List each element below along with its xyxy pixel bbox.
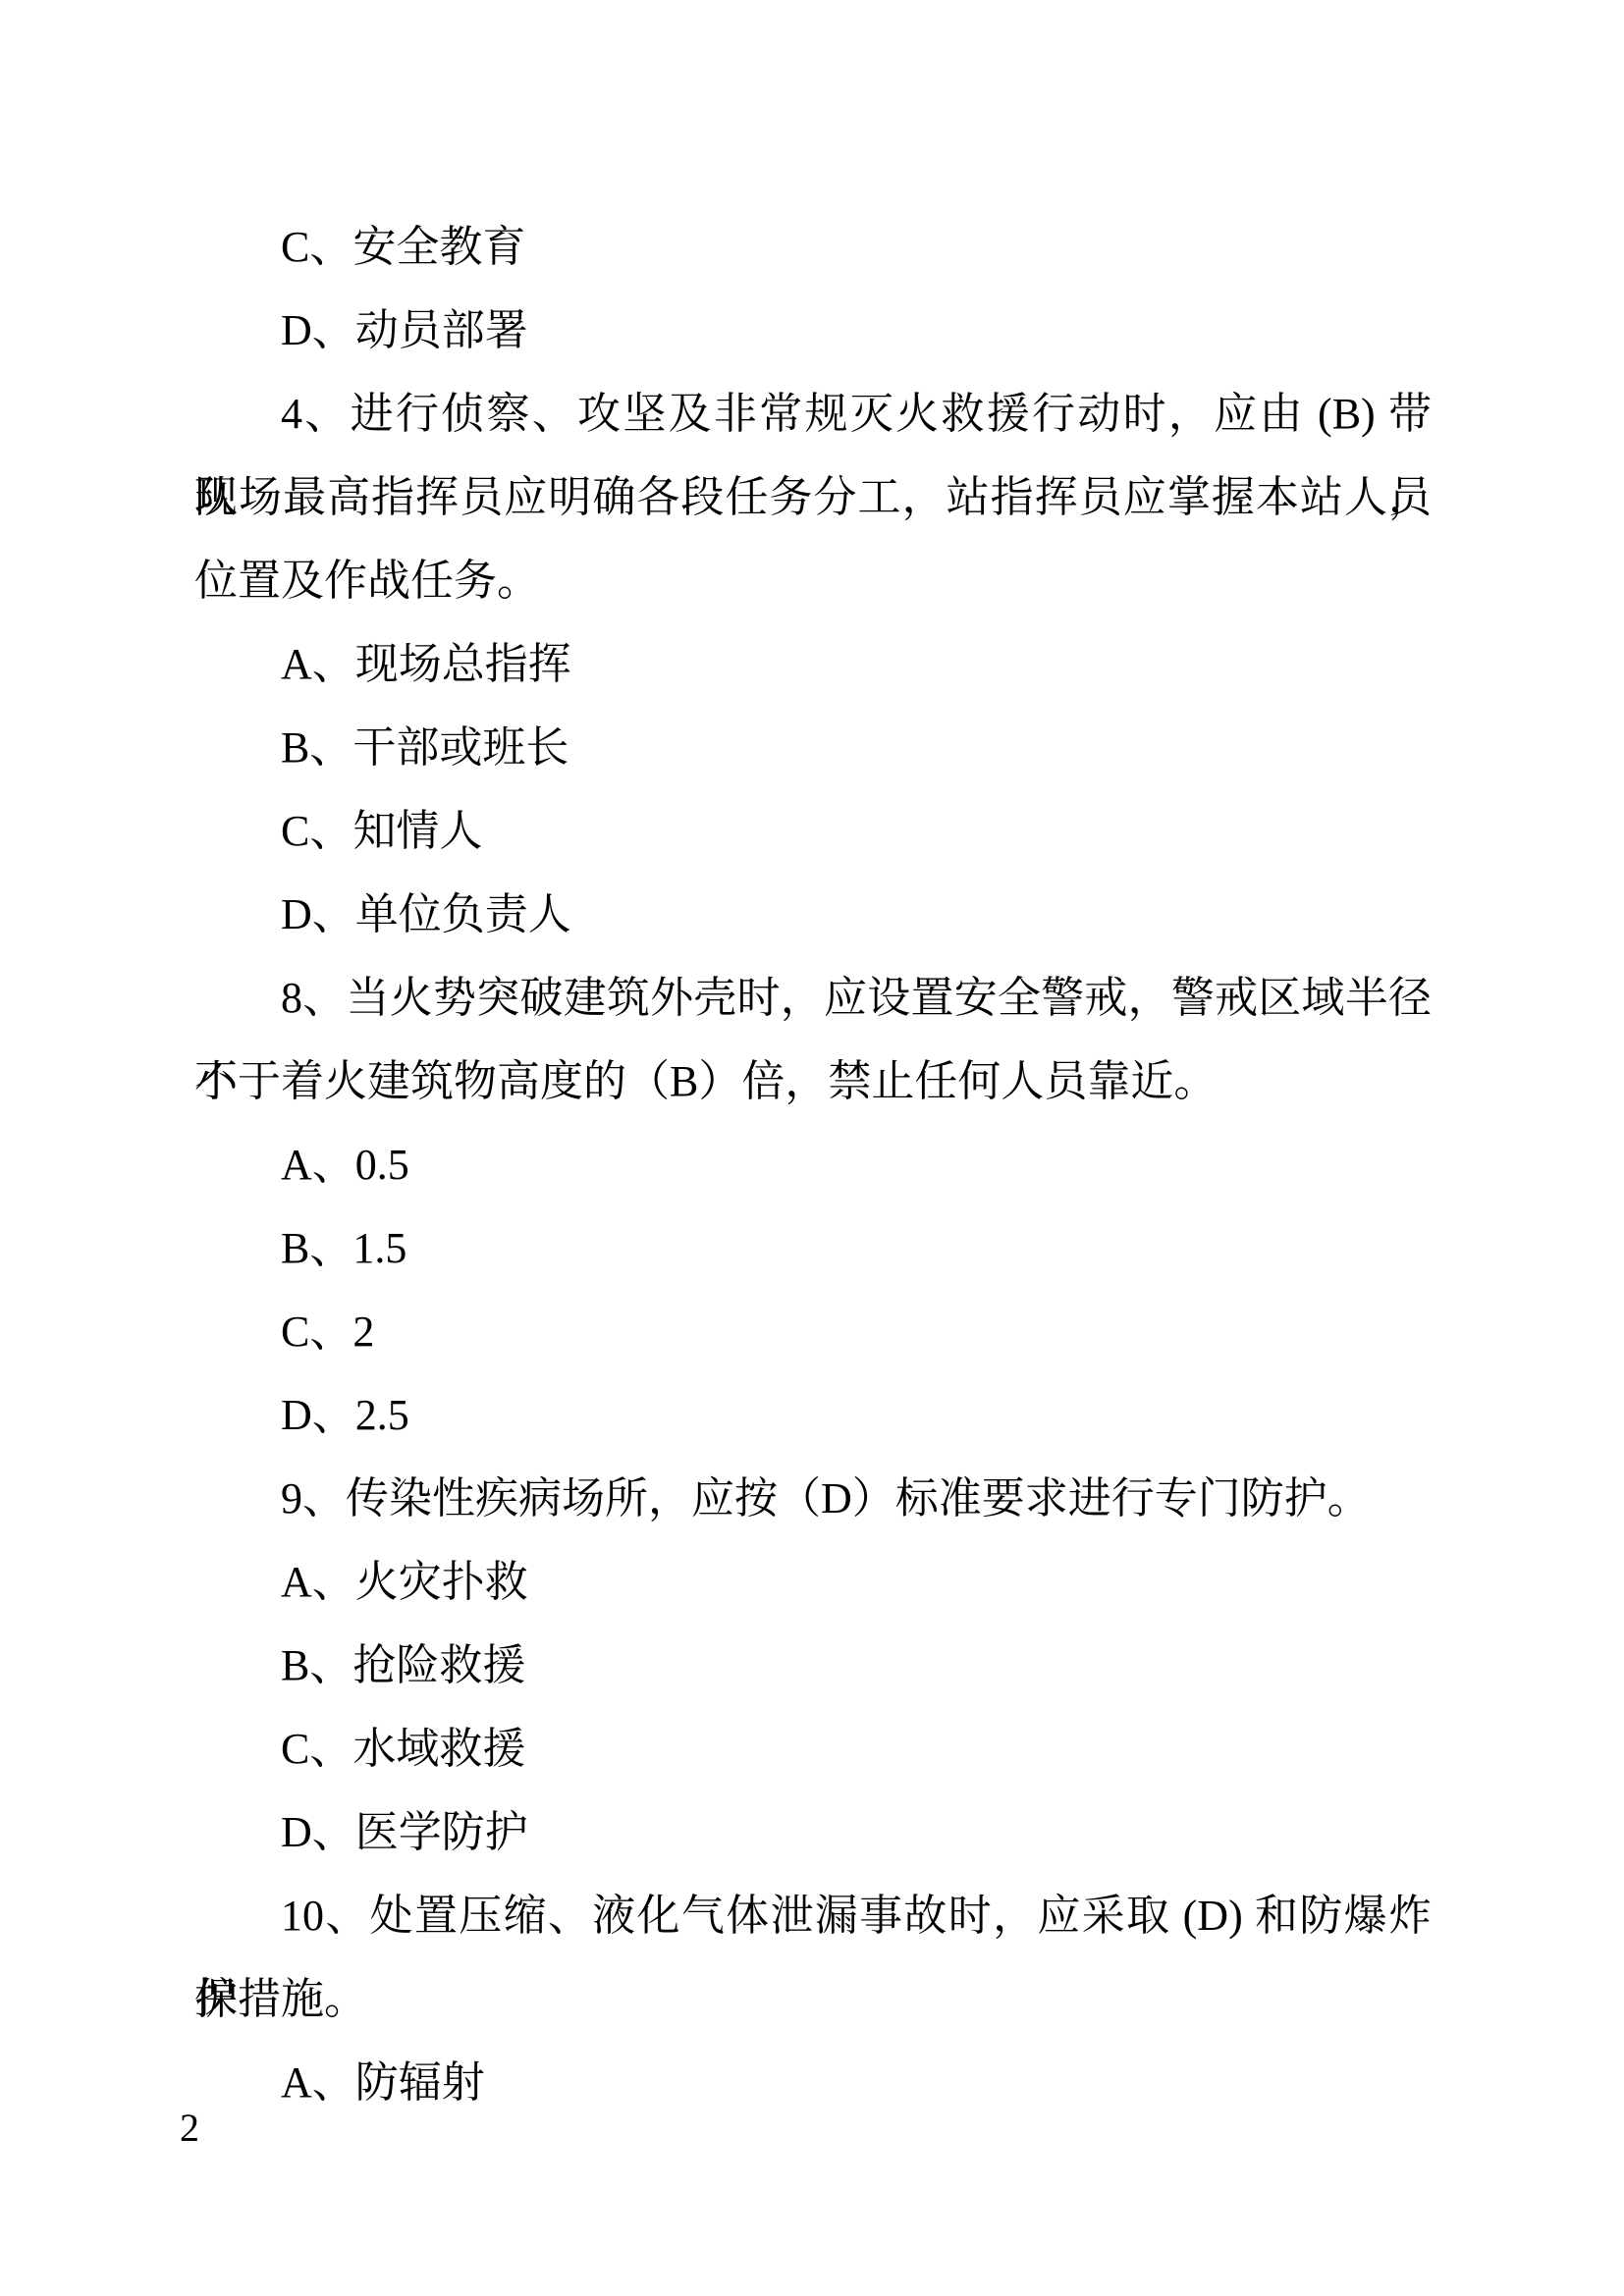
question-9-option-c-line-1: C、水域救援 <box>194 1707 1432 1790</box>
question-9-option-d-line-1: D、医学防护 <box>194 1790 1432 1874</box>
question-4-option-d-line-1: D、单位负责人 <box>194 873 1432 956</box>
question-4-line-2: 现场最高指挥员应明确各段任务分工，站指挥员应掌握本站人员 <box>194 455 1432 539</box>
question-9-option-b: B、抢险救援 <box>194 1624 1432 1707</box>
question-8-option-d-line-1: D、2.5 <box>194 1373 1432 1457</box>
question-8-option-b-line-1: B、1.5 <box>194 1206 1432 1290</box>
question-10-option-a: A、防辐射 <box>194 2041 1432 2124</box>
prev-question-option-c-line-1: C、安全教育 <box>194 205 1432 289</box>
document-page: C、安全教育D、动员部署4、进行侦察、攻坚及非常规灭火救援行动时，应由 (B) … <box>0 0 1624 2296</box>
question-8-option-a-line-1: A、0.5 <box>194 1123 1432 1206</box>
question-4-line-1: 4、进行侦察、攻坚及非常规灭火救援行动时，应由 (B) 带队， <box>194 372 1432 455</box>
question-8-option-c: C、2 <box>194 1290 1432 1373</box>
question-9-option-c: C、水域救援 <box>194 1707 1432 1790</box>
question-4-option-b-line-1: B、干部或班长 <box>194 706 1432 789</box>
question-4: 4、进行侦察、攻坚及非常规灭火救援行动时，应由 (B) 带队，现场最高指挥员应明… <box>194 372 1432 622</box>
question-4-option-d: D、单位负责人 <box>194 873 1432 956</box>
question-4-option-a-line-1: A、现场总指挥 <box>194 622 1432 706</box>
question-4-option-c: C、知情人 <box>194 789 1432 873</box>
question-4-option-b: B、干部或班长 <box>194 706 1432 789</box>
question-8-option-a: A、0.5 <box>194 1123 1432 1206</box>
question-9-option-a-line-1: A、火灾扑救 <box>194 1540 1432 1624</box>
question-10-option-a-line-1: A、防辐射 <box>194 2041 1432 2124</box>
question-10-line-2: 护措施。 <box>194 1957 1432 2041</box>
question-9-option-b-line-1: B、抢险救援 <box>194 1624 1432 1707</box>
prev-question-option-c: C、安全教育 <box>194 205 1432 289</box>
question-9: 9、传染性疾病场所，应按（D）标准要求进行专门防护。 <box>194 1457 1432 1540</box>
question-4-line-3: 位置及作战任务。 <box>194 539 1432 622</box>
question-4-option-a: A、现场总指挥 <box>194 622 1432 706</box>
document-text: C、安全教育D、动员部署4、进行侦察、攻坚及非常规灭火救援行动时，应由 (B) … <box>194 205 1432 2124</box>
question-10: 10、处置压缩、液化气体泄漏事故时，应采取 (D) 和防爆炸保护措施。 <box>194 1874 1432 2041</box>
question-9-option-d: D、医学防护 <box>194 1790 1432 1874</box>
question-10-line-1: 10、处置压缩、液化气体泄漏事故时，应采取 (D) 和防爆炸保 <box>194 1874 1432 1957</box>
question-8: 8、当火势突破建筑外壳时，应设置安全警戒，警戒区域半径不小于着火建筑物高度的（B… <box>194 956 1432 1123</box>
question-8-line-1: 8、当火势突破建筑外壳时，应设置安全警戒，警戒区域半径不 <box>194 956 1432 1040</box>
prev-question-option-d: D、动员部署 <box>194 289 1432 372</box>
question-8-option-c-line-1: C、2 <box>194 1290 1432 1373</box>
question-8-option-d: D、2.5 <box>194 1373 1432 1457</box>
question-9-line-1: 9、传染性疾病场所，应按（D）标准要求进行专门防护。 <box>194 1457 1432 1540</box>
question-8-option-b: B、1.5 <box>194 1206 1432 1290</box>
prev-question-option-d-line-1: D、动员部署 <box>194 289 1432 372</box>
question-4-option-c-line-1: C、知情人 <box>194 789 1432 873</box>
question-8-line-2: 小于着火建筑物高度的（B）倍，禁止任何人员靠近。 <box>194 1040 1432 1123</box>
question-9-option-a: A、火灾扑救 <box>194 1540 1432 1624</box>
page-number: 2 <box>180 2101 199 2156</box>
